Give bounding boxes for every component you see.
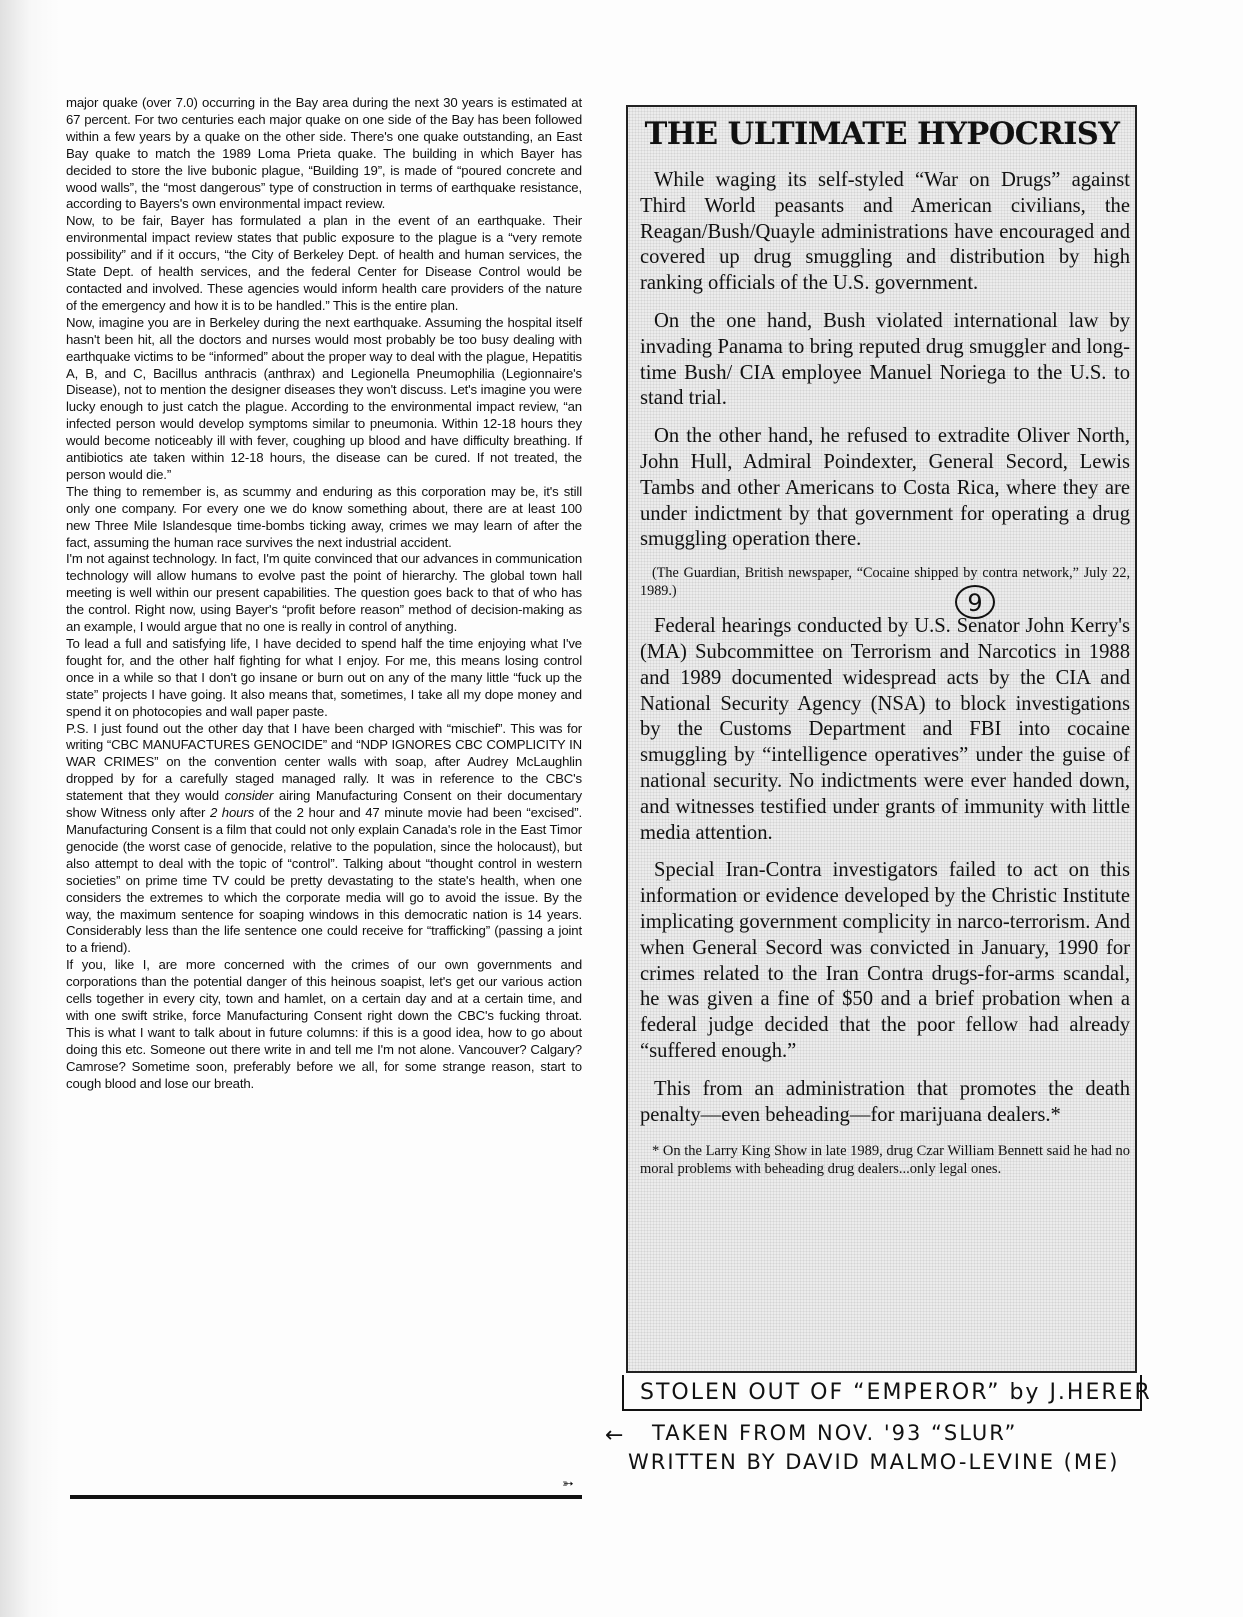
sidebar-paragraph: On the one hand, Bush violated internati… (640, 309, 1130, 412)
handwritten-page-number: 9 (955, 585, 995, 619)
handwritten-note-source: STOLEN OUT OF “EMPEROR” by J.HERER (640, 1380, 1152, 1406)
scanned-page: major quake (over 7.0) occurring in the … (0, 0, 1243, 1617)
paragraph: To lead a full and satisfying life, I ha… (66, 636, 582, 721)
italic-consider: consider (225, 788, 274, 803)
paragraph: The thing to remember is, as scummy and … (66, 484, 582, 552)
handwritten-note-taken-from: TAKEN FROM NOV. '93 “SLUR” (652, 1420, 1017, 1446)
sidebar-title: THE ULTIMATE HYPOCRISY (632, 115, 1132, 153)
arrow-left-icon: ← (605, 1425, 623, 1447)
ps-text: of the 2 hour and 47 minute movie had be… (66, 805, 582, 955)
handwritten-note-author: WRITTEN BY DAVID MALMO-LEVINE (ME) (628, 1449, 1119, 1475)
sidebar-paragraph: While waging its self-styled “War on Dru… (640, 168, 1130, 297)
paragraph: I'm not against technology. In fact, I'm… (66, 551, 582, 636)
paragraph: Now, imagine you are in Berkeley during … (66, 315, 582, 484)
article-column: major quake (over 7.0) occurring in the … (66, 95, 582, 1092)
paragraph: Now, to be fair, Bayer has formulated a … (66, 213, 582, 314)
sidebar-body: While waging its self-styled “War on Dru… (640, 168, 1130, 1190)
column-end-rule (70, 1495, 582, 1499)
paragraph: major quake (over 7.0) occurring in the … (66, 95, 582, 213)
sidebar-paragraph: On the other hand, he refused to extradi… (640, 424, 1130, 553)
sidebar-paragraph: This from an administration that promote… (640, 1077, 1130, 1129)
end-mark-icon: ➳ (562, 1478, 580, 1490)
sidebar-footnote: * On the Larry King Show in late 1989, d… (640, 1142, 1130, 1178)
ps-paragraph: P.S. I just found out the other day that… (66, 721, 582, 958)
closing-paragraph: If you, like I, are more concerned with … (66, 957, 582, 1092)
italic-2-hours: 2 hours (210, 805, 254, 820)
sidebar-paragraph: Federal hearings conducted by U.S. Senat… (640, 614, 1130, 846)
sidebar-citation: (The Guardian, British newspaper, “Cocai… (640, 565, 1130, 600)
sidebar-paragraph: Special Iran-Contra investigators failed… (640, 858, 1130, 1064)
